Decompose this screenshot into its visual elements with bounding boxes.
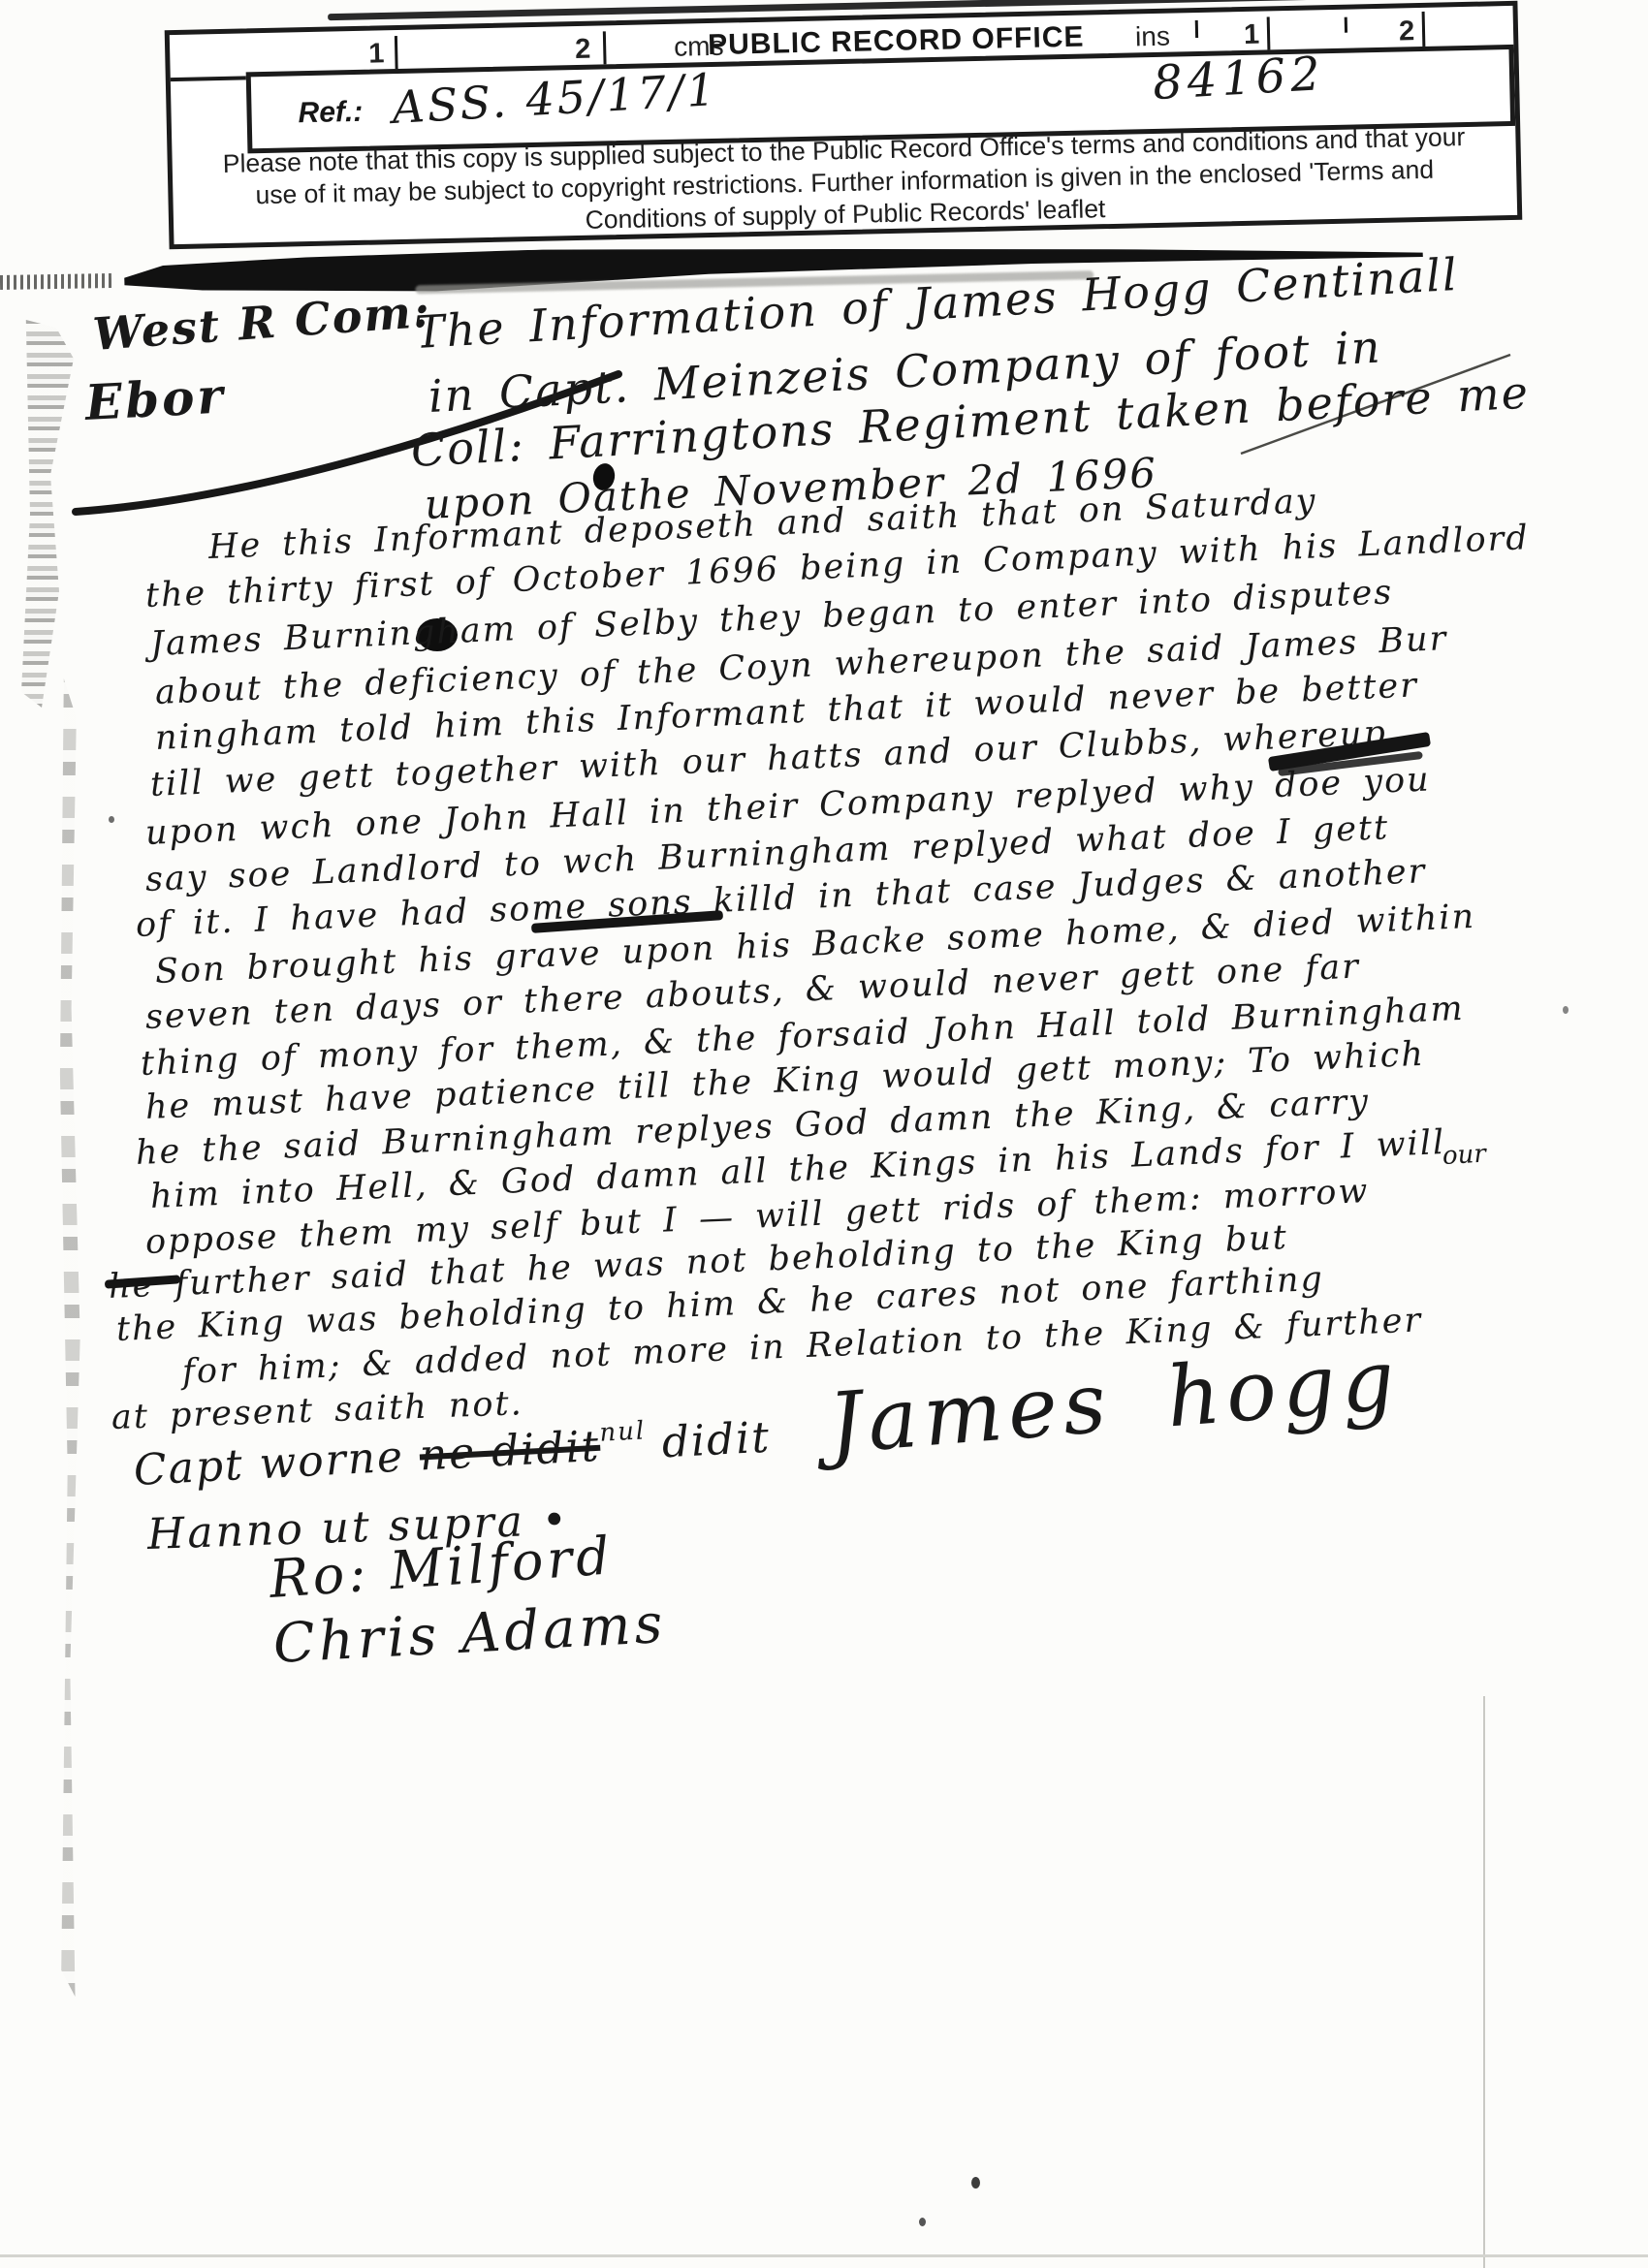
ruler-in-unit-label: ins <box>1135 21 1170 53</box>
ruler-in-tick-1-label: 1 <box>1244 19 1260 51</box>
ruler-cm-tick-2-label: 2 <box>575 34 591 66</box>
ink-speck <box>971 2177 980 2189</box>
scan-dotted-band <box>0 273 111 290</box>
scan-bottom-edge-line <box>0 2254 1648 2257</box>
ruler-tick <box>603 31 607 64</box>
ref-value-handwritten: ASS. 45/17/1 <box>391 63 719 134</box>
ruler-cm-tick-1-label: 1 <box>368 38 385 70</box>
ink-speck <box>1563 1006 1569 1014</box>
attestation-text: didit <box>646 1413 773 1469</box>
ruler-tick <box>1345 17 1347 33</box>
scan-left-edge-streak <box>16 320 74 708</box>
ref-label: Ref.: <box>298 96 363 130</box>
attestation-struck-text: ne didit <box>419 1422 602 1481</box>
margin-jurisdiction-line2: Ebor <box>83 366 227 430</box>
ref-number-handwritten: 84162 <box>1152 47 1327 110</box>
paper-fold-line <box>1483 1696 1485 2268</box>
ruler-tick <box>1422 12 1426 50</box>
ink-speck <box>919 2218 926 2226</box>
attestation-superscript: nul <box>599 1416 647 1447</box>
ink-speck <box>109 816 114 823</box>
ruler-tick <box>1195 20 1198 38</box>
ruler-tick <box>1267 16 1271 51</box>
interlinear-insertion: our <box>1442 1140 1486 1171</box>
margin-jurisdiction-line1: West R Com: <box>91 285 432 361</box>
public-record-office-stamp: 1 2 cms PUBLIC RECORD OFFICE ins 1 2 Ref… <box>165 1 1523 249</box>
ruler-in-tick-2-label: 2 <box>1399 16 1415 47</box>
ruler-tick <box>395 36 398 69</box>
attestation-text: Capt worne <box>133 1432 422 1496</box>
scan-left-edge-streak <box>56 678 81 1997</box>
